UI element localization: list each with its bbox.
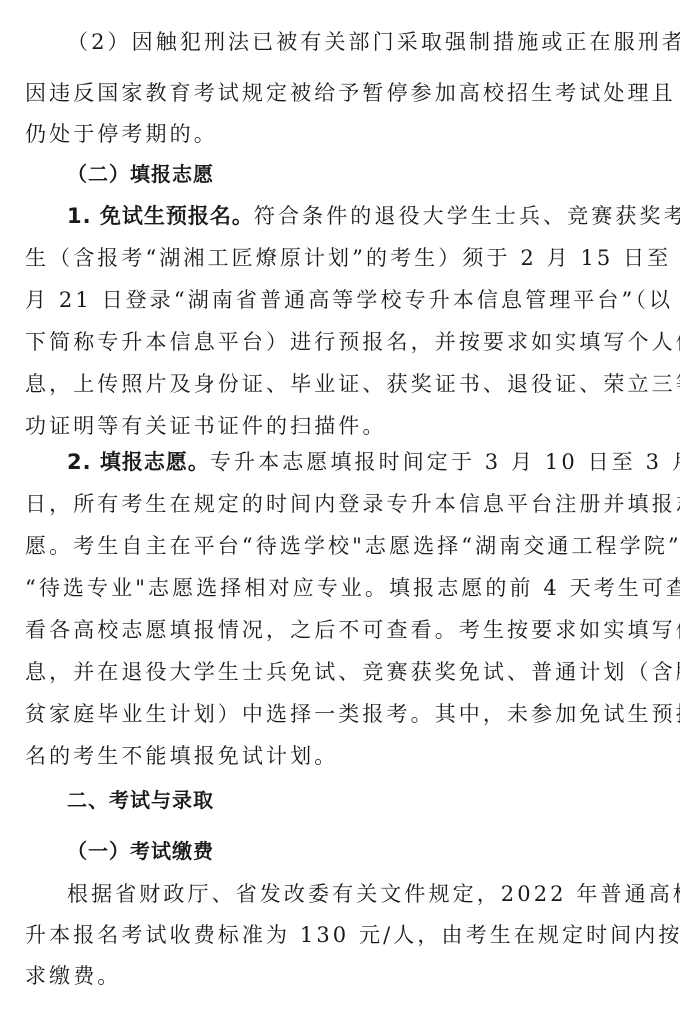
paragraph-line: 贫家庭毕业生计划）中选择一类报考。其中，未参加免试生预报 bbox=[25, 699, 661, 729]
paragraph-pre-registration-line-1: 1. 免试生预报名。符合条件的退役大学生士兵、竞赛获奖考 bbox=[67, 201, 661, 231]
section-heading-fill-volunteer: （二）填报志愿 bbox=[67, 159, 661, 189]
fill-volunteer-lead: 2. 填报志愿。 bbox=[67, 450, 210, 474]
pre-registration-lead: 1. 免试生预报名。 bbox=[67, 204, 254, 228]
paragraph-line: 下简称专升本信息平台）进行预报名，并按要求如实填写个人信 bbox=[25, 327, 661, 357]
paragraph-line: 愿。考生自主在平台“待选学校"志愿选择“湖南交通工程学院”， bbox=[25, 531, 661, 561]
paragraph-line: 看各高校志愿填报情况，之后不可查看。考生按要求如实填写信 bbox=[25, 615, 661, 645]
paragraph-line: 息，上传照片及身份证、毕业证、获奖证书、退役证、荣立三等 bbox=[25, 369, 661, 399]
fill-volunteer-text: 专升本志愿填报时间定于 3 月 10 日至 3 月 15 bbox=[210, 450, 680, 474]
paragraph-line: 息，并在退役大学生士兵免试、竞赛获奖免试、普通计划（含脱 bbox=[25, 657, 661, 687]
paragraph-fill-volunteer-line-1: 2. 填报志愿。专升本志愿填报时间定于 3 月 10 日至 3 月 15 bbox=[67, 447, 661, 477]
section-heading-exam-admission: 二、考试与录取 bbox=[67, 785, 661, 815]
paragraph-line: 日，所有考生在规定的时间内登录专升本信息平台注册并填报志 bbox=[25, 489, 661, 519]
paragraph-line: 名的考生不能填报免试计划。 bbox=[25, 741, 661, 771]
paragraph-line: 求缴费。 bbox=[25, 961, 661, 991]
paragraph-line: 生（含报考“湖湘工匠燎原计划”的考生）须于 2 月 15 日至 2 bbox=[25, 243, 661, 273]
paragraph-line: 月 21 日登录“湖南省普通高等学校专升本信息管理平台”（以 bbox=[25, 285, 661, 315]
paragraph-line: 升本报名考试收费标准为 130 元/人，由考生在规定时间内按要 bbox=[25, 920, 661, 950]
paragraph-line: 功证明等有关证书证件的扫描件。 bbox=[25, 411, 661, 441]
item-2-line-2: 因违反国家教育考试规定被给予暂停参加高校招生考试处理且 bbox=[25, 78, 661, 108]
paragraph-line: 根据省财政厅、省发改委有关文件规定，2022 年普通高校专 bbox=[67, 879, 661, 909]
item-2-line-3: 仍处于停考期的。 bbox=[25, 119, 661, 149]
item-2-line-1: （2）因触犯刑法已被有关部门采取强制措施或正在服刑者； bbox=[67, 27, 661, 57]
pre-registration-text: 符合条件的退役大学生士兵、竞赛获奖考 bbox=[254, 204, 680, 228]
paragraph-line: “待选专业"志愿选择相对应专业。填报志愿的前 4 天考生可查 bbox=[25, 573, 661, 603]
subsection-heading-exam-fee: （一）考试缴费 bbox=[67, 836, 661, 866]
